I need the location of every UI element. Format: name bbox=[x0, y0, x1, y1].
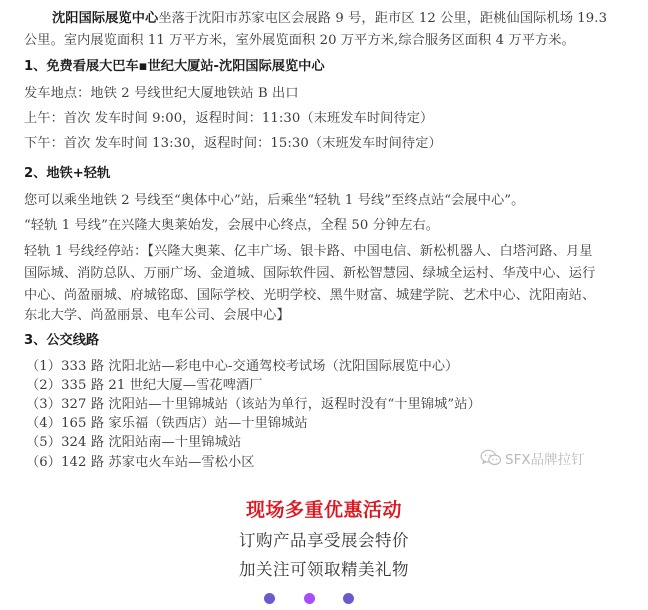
departure-location: 发车地点：地铁 2 号线世纪大厦地铁站 B 出口 bbox=[24, 86, 299, 102]
stops-line-3: 中心、尚盈丽城、府城铭邸、国际学校、光明学校、黑牛财富、城建学院、艺术中心、沈阳… bbox=[24, 288, 595, 304]
bus-route-4: （4）165 路 家乐福（铁西店）站—十里锦城站 bbox=[26, 416, 308, 432]
promo-line-1: 订购产品享受展会特价 bbox=[0, 530, 648, 552]
wechat-icon bbox=[480, 449, 502, 467]
pagination-dot-1[interactable] bbox=[264, 593, 275, 604]
bus-route-2: （2）335 路 21 世纪大厦—雪花啤酒厂 bbox=[26, 378, 263, 394]
light-rail-info: “轻轨 1 号线”在兴隆大奥莱始发，会展中心终点，全程 50 分钟左右。 bbox=[24, 218, 439, 234]
section-2-heading: 2、地铁+轻轨 bbox=[24, 166, 110, 182]
watermark-text: SFX品牌拉钉 bbox=[505, 448, 585, 468]
intro-line-2: 公里。室内展览面积 11 万平方米，室外展览面积 20 万平方米,综合服务区面积… bbox=[24, 33, 575, 49]
stops-line-4: 东北大学、尚盈丽景、电车公司、会展中心】 bbox=[24, 308, 290, 324]
bus-route-1: （1）333 路 沈阳北站—彩电中心-交通驾校考试场（沈阳国际展览中心） bbox=[26, 359, 458, 375]
bus-route-3: （3）327 路 沈阳站—十里锦城站（该站为单行，返程时没有“十里锦城”站） bbox=[26, 397, 481, 413]
intro-line-1: 沈阳国际展览中心坐落于沈阳市苏家屯区会展路 9 号，距市区 12 公里，距桃仙国… bbox=[52, 11, 607, 27]
pagination-dot-2-active[interactable] bbox=[304, 593, 315, 604]
venue-name: 沈阳国际展览中心 bbox=[52, 11, 158, 26]
afternoon-schedule: 下午：首次 发车时间 13:30，返程时间：15:30（末班发车时间待定） bbox=[24, 136, 442, 152]
stops-line-2: 国际城、消防总队、万丽广场、金道城、国际软件园、新松智慧园、绿城全运村、华茂中心… bbox=[24, 266, 595, 282]
promo-line-2: 加关注可领取精美礼物 bbox=[0, 559, 648, 581]
stops-line-1: 轻轨 1 号线经停站：【兴隆大奥莱、亿丰广场、银卡路、中国电信、新松机器人、白塔… bbox=[24, 244, 593, 260]
bus-route-5: （5）324 路 沈阳站南—十里锦城站 bbox=[26, 435, 241, 451]
promo-title: 现场多重优惠活动 bbox=[0, 498, 648, 522]
pagination-dots bbox=[0, 593, 648, 605]
pagination-dot-3[interactable] bbox=[343, 593, 354, 604]
section-3-heading: 3、公交线路 bbox=[24, 333, 99, 349]
section-1-heading: 1、免费看展大巴车▪世纪大厦站-沈阳国际展览中心 bbox=[24, 59, 325, 75]
metro-instructions: 您可以乘坐地铁 2 号线至“奥体中心”站，后乘坐“轻轨 1 号线”至终点站“会展… bbox=[24, 193, 524, 209]
morning-schedule: 上午：首次 发车时间 9:00，返程时间：11:30（末班发车时间待定） bbox=[24, 111, 433, 127]
watermark: SFX品牌拉钉 bbox=[480, 448, 585, 468]
bus-route-6: （6）142 路 苏家屯火车站—雪松小区 bbox=[26, 455, 255, 471]
intro-text: 坐落于沈阳市苏家屯区会展路 9 号，距市区 12 公里，距桃仙国际机场 19.3 bbox=[158, 11, 607, 26]
